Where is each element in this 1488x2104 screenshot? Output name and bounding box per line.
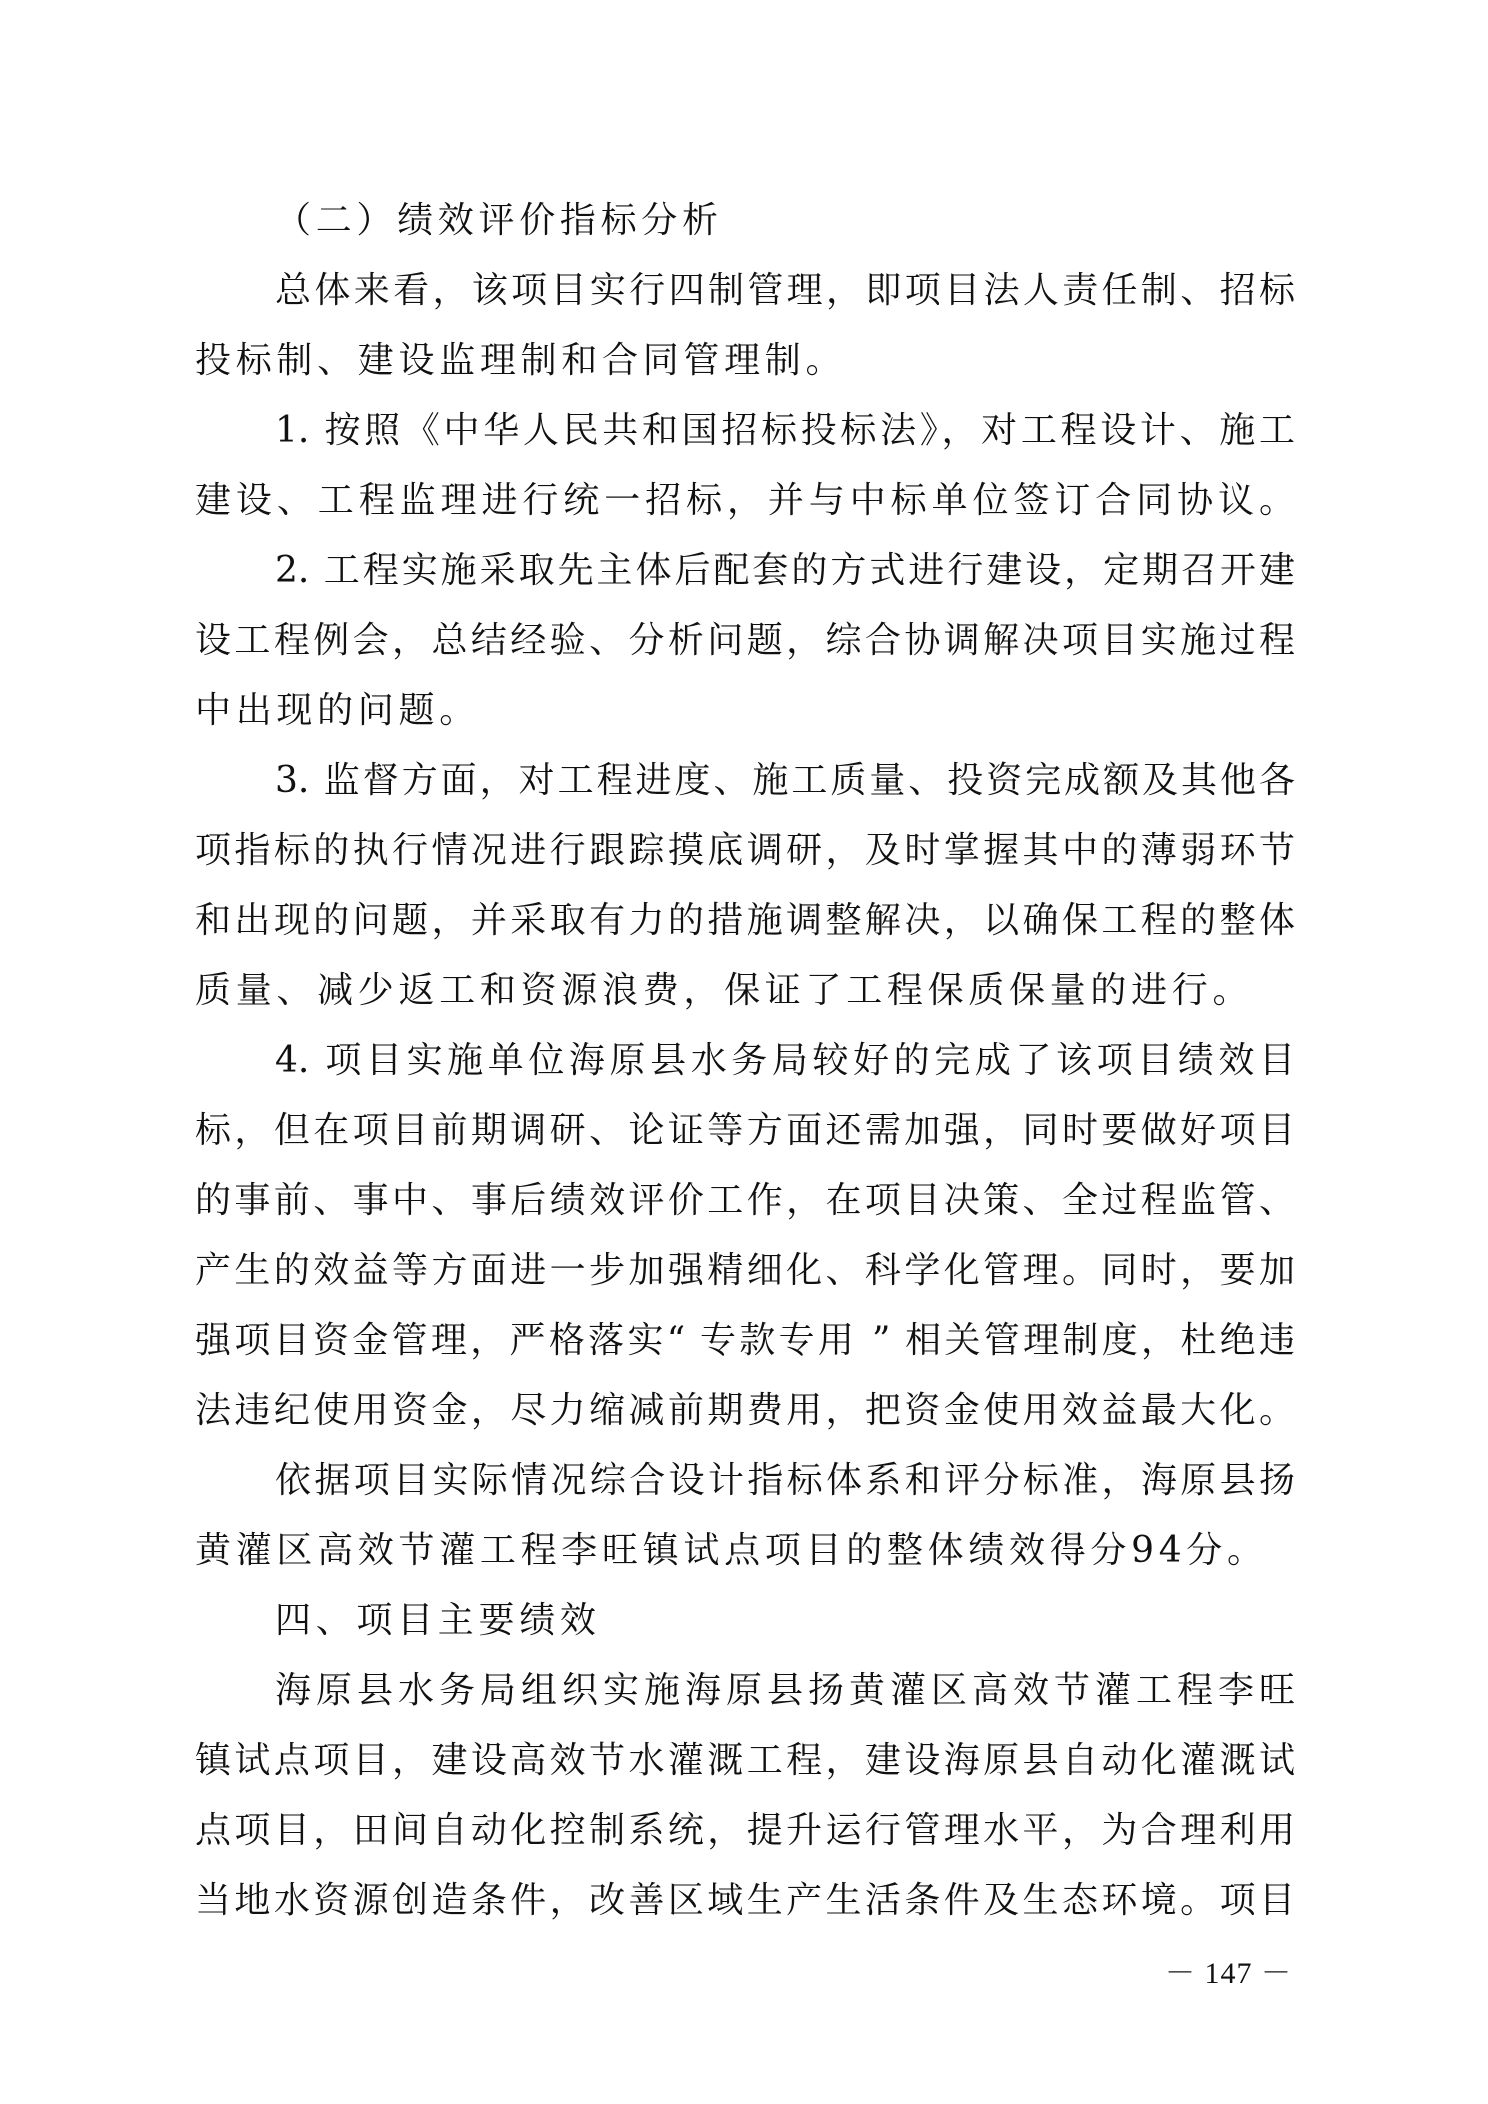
paragraph-line: 黄灌区高效节灌工程李旺镇试点项目的整体绩效得分94分。 (195, 1516, 1295, 1586)
paragraph-line: 法违纪使用资金，尽力缩减前期费用，把资金使用效益最大化。 (195, 1376, 1295, 1446)
paragraph-line: 4. 项目实施单位海原县水务局较好的完成了该项目绩效目 (195, 1026, 1295, 1096)
document-page: （二）绩效评价指标分析 总体来看，该项目实行四制管理，即项目法人责任制、招标 投… (195, 186, 1295, 1936)
paragraph-line: 建设、工程监理进行统一招标，并与中标单位签订合同协议。 (195, 466, 1295, 536)
paragraph-line: 的事前、事中、事后绩效评价工作，在项目决策、全过程监管、 (195, 1166, 1295, 1236)
paragraph-line: 和出现的问题，并采取有力的措施调整解决，以确保工程的整体 (195, 886, 1295, 956)
paragraph-line: 海原县水务局组织实施海原县扬黄灌区高效节灌工程李旺 (195, 1656, 1295, 1726)
paragraph-line: 设工程例会，总结经验、分析问题，综合协调解决项目实施过程 (195, 606, 1295, 676)
paragraph-line: 1. 按照《中华人民共和国招标投标法》，对工程设计、施工 (195, 396, 1295, 466)
paragraph-line: 中出现的问题。 (195, 676, 1295, 746)
paragraph-line: 总体来看，该项目实行四制管理，即项目法人责任制、招标 (195, 256, 1295, 326)
paragraph-line: 产生的效益等方面进一步加强精细化、科学化管理。同时，要加 (195, 1236, 1295, 1306)
section-heading: （二）绩效评价指标分析 (195, 186, 1295, 256)
paragraph-line: 投标制、建设监理制和合同管理制。 (195, 326, 1295, 396)
paragraph-line: 当地水资源创造条件，改善区域生产生活条件及生态环境。项目 (195, 1866, 1295, 1936)
page-number: － 147 － (1165, 1948, 1292, 1992)
paragraph-line: 依据项目实际情况综合设计指标体系和评分标准，海原县扬 (195, 1446, 1295, 1516)
paragraph-line: 点项目，田间自动化控制系统，提升运行管理水平，为合理利用 (195, 1796, 1295, 1866)
paragraph-line: 3. 监督方面，对工程进度、施工质量、投资完成额及其他各 (195, 746, 1295, 816)
paragraph-line: 项指标的执行情况进行跟踪摸底调研，及时掌握其中的薄弱环节 (195, 816, 1295, 886)
paragraph-line: 强项目资金管理，严格落实“ 专款专用 ” 相关管理制度，杜绝违 (195, 1306, 1295, 1376)
paragraph-line: 质量、减少返工和资源浪费，保证了工程保质保量的进行。 (195, 956, 1295, 1026)
paragraph-line: 镇试点项目，建设高效节水灌溉工程，建设海原县自动化灌溉试 (195, 1726, 1295, 1796)
paragraph-line: 2. 工程实施采取先主体后配套的方式进行建设，定期召开建 (195, 536, 1295, 606)
paragraph-line: 标，但在项目前期调研、论证等方面还需加强，同时要做好项目 (195, 1096, 1295, 1166)
section-heading-2: 四、项目主要绩效 (195, 1586, 1295, 1656)
